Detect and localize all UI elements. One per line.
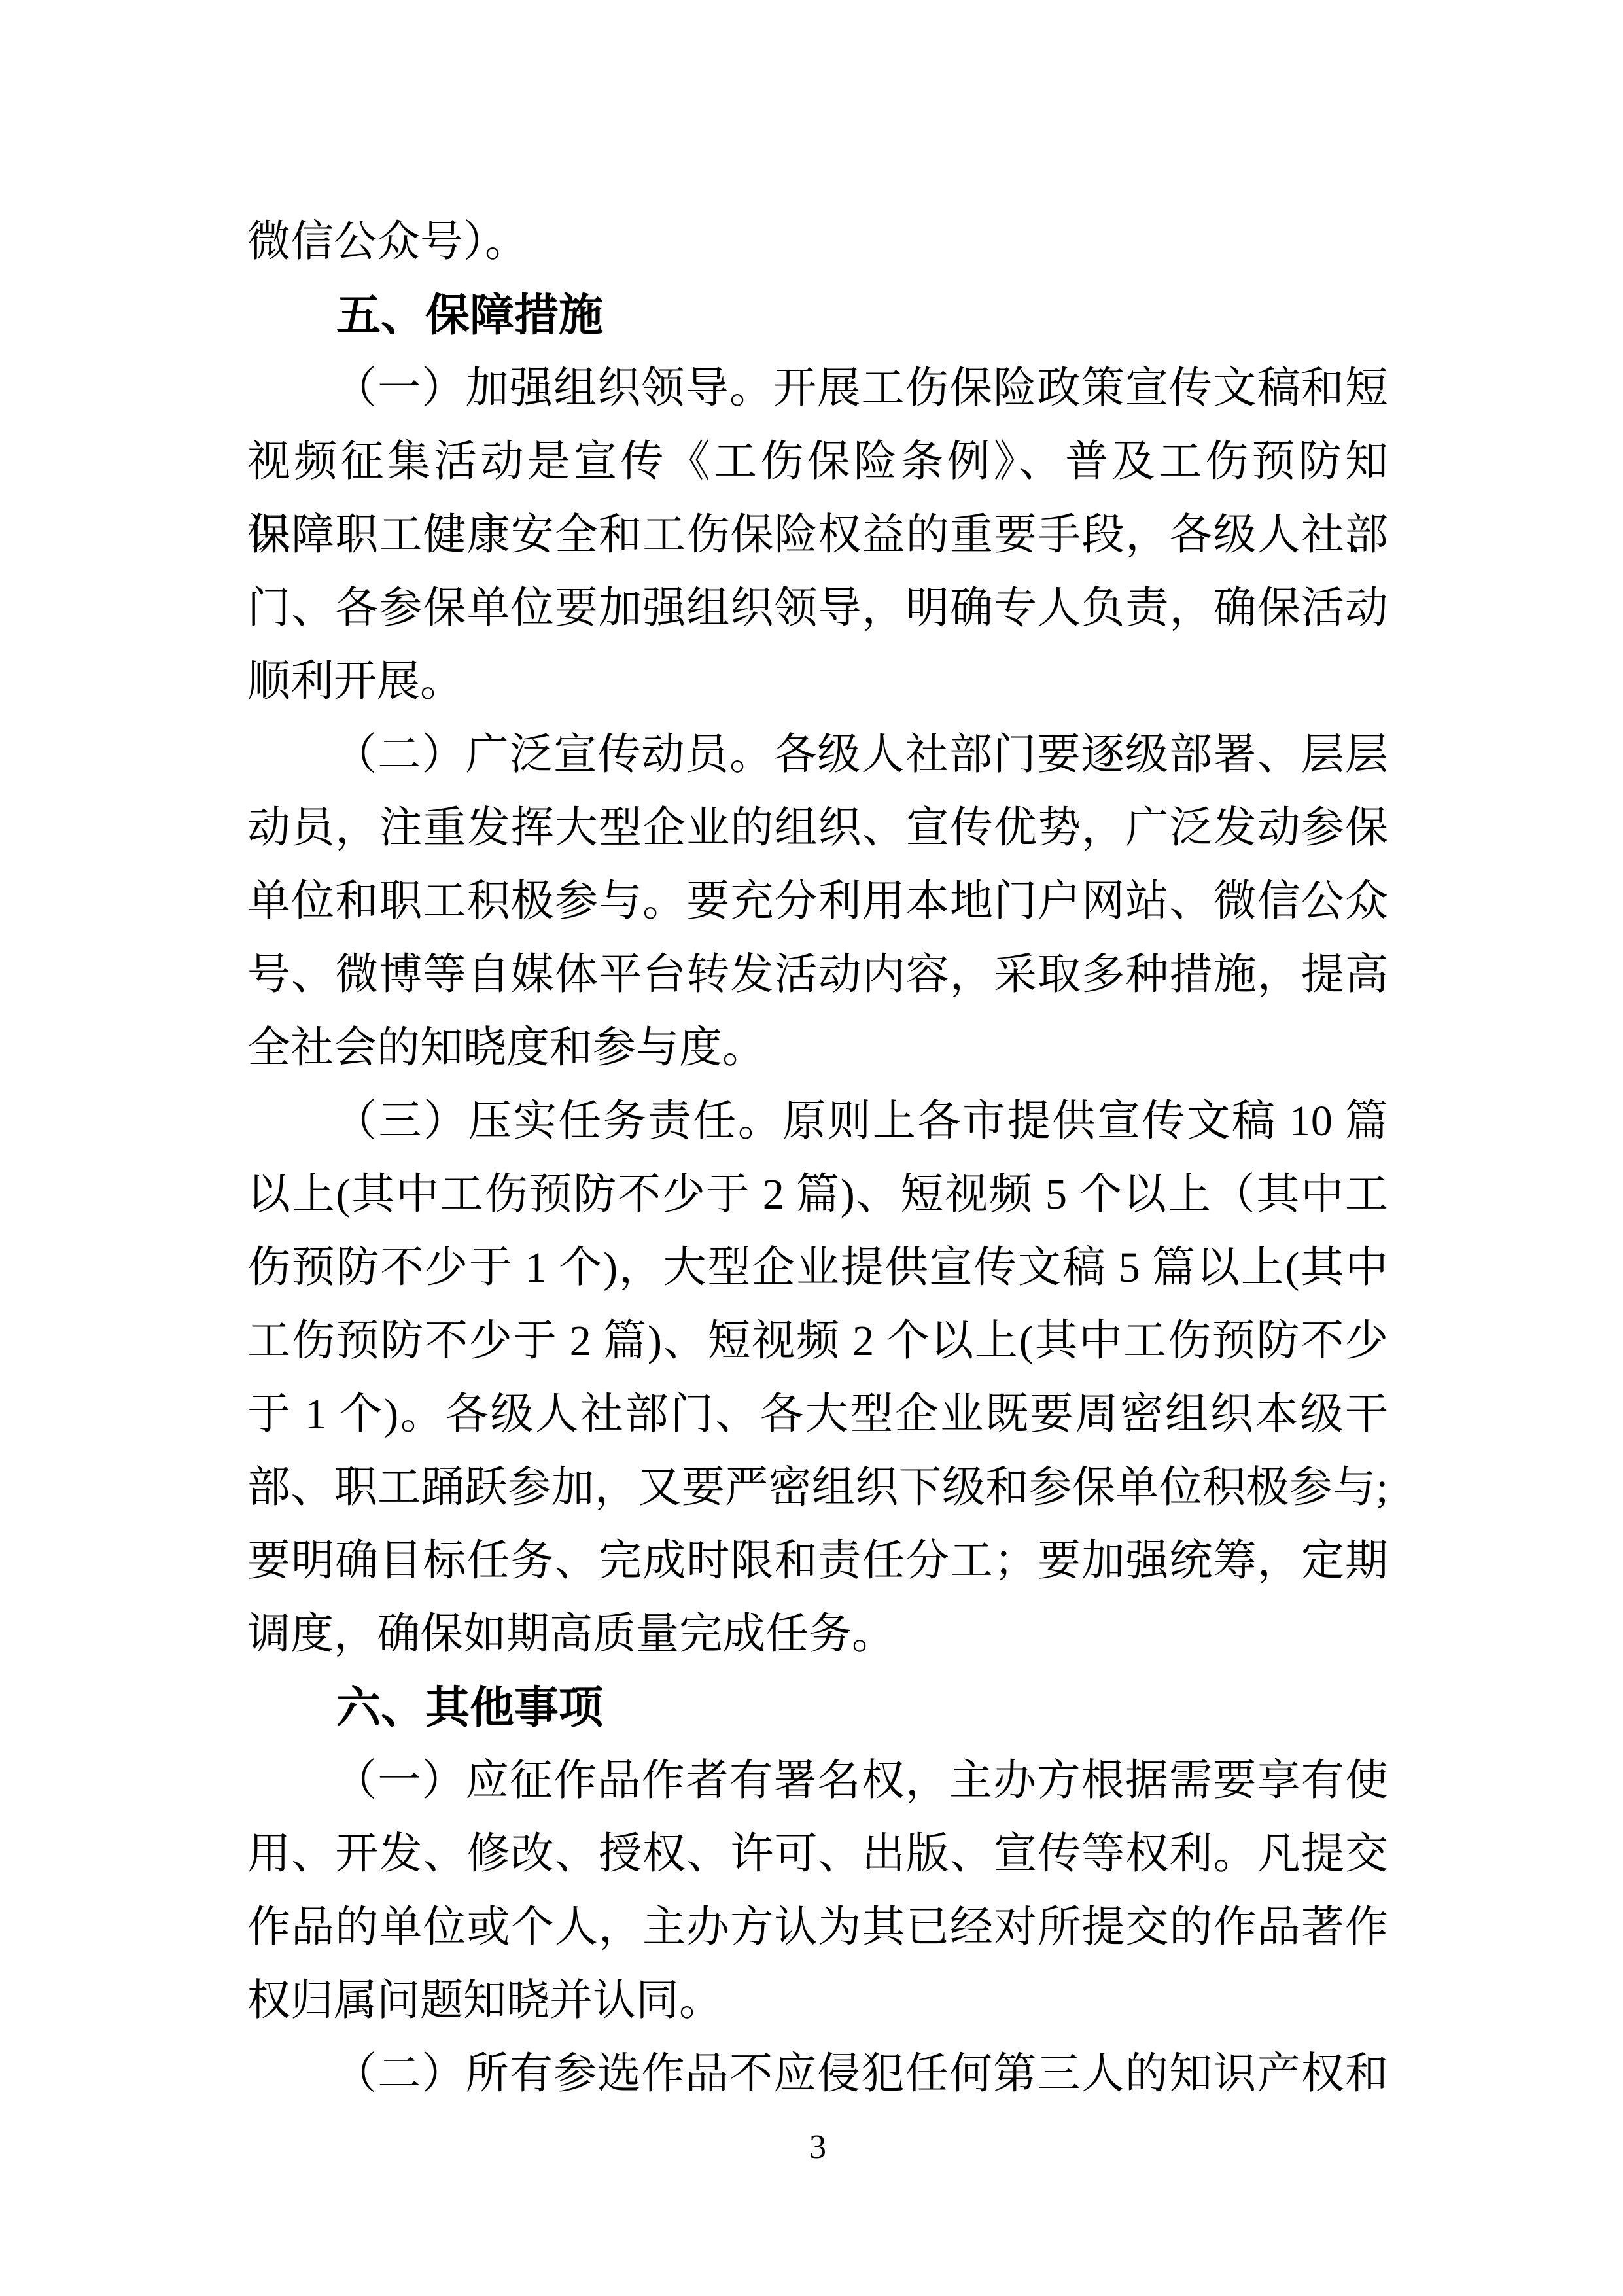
document-page: 微信公众号）。 五、保障措施 （一）加强组织领导。开展工伤保险政策宣传文稿和短 … <box>0 0 1623 2296</box>
text-line: 顺利开展。 <box>247 645 1388 718</box>
section-heading: 六、其他事项 <box>247 1671 1388 1744</box>
section-heading: 五、保障措施 <box>247 279 1388 352</box>
text-line: 全社会的知晓度和参与度。 <box>247 1012 1388 1085</box>
text-line: 调度，确保如期高质量完成任务。 <box>247 1598 1388 1671</box>
text-line: 微信公众号）。 <box>247 205 1388 279</box>
text-line: （三）压实任务责任。原则上各市提供宣传文稿 10 篇 <box>247 1085 1388 1158</box>
text-line: 动员，注重发挥大型企业的组织、宣传优势，广泛发动参保 <box>247 792 1388 865</box>
text-line: 权归属问题知晓并认同。 <box>247 1964 1388 2038</box>
text-line: 作品的单位或个人，主办方认为其已经对所提交的作品著作 <box>247 1891 1388 1964</box>
text-line: 号、微博等自媒体平台转发活动内容，采取多种措施，提高 <box>247 938 1388 1012</box>
text-line: 门、各参保单位要加强组织领导，明确专人负责，确保活动 <box>247 572 1388 645</box>
text-line: （一）应征作品作者有署名权，主办方根据需要享有使 <box>247 1744 1388 1818</box>
paragraph-lead: （一）加强组织领导。 <box>334 364 773 412</box>
paragraph-text: 各级人社部门要逐级部署、层层 <box>773 731 1388 779</box>
text-line: 伤预防不少于 1 个)，大型企业提供宣传文稿 5 篇以上(其中 <box>247 1231 1388 1305</box>
paragraph-lead: （三）压实任务责任。 <box>334 1097 783 1145</box>
text-line: 保障职工健康安全和工伤保险权益的重要手段，各级人社部 <box>247 499 1388 572</box>
text-line: 要明确目标任务、完成时限和责任分工；要加强统筹，定期 <box>247 1525 1388 1598</box>
paragraph-text: 原则上各市提供宣传文稿 10 篇 <box>783 1097 1388 1145</box>
text-line: 以上(其中工伤预防不少于 2 篇)、短视频 5 个以上（其中工 <box>247 1158 1388 1231</box>
text-line: 单位和职工积极参与。要充分利用本地门户网站、微信公众 <box>247 865 1388 938</box>
text-line: （二）所有参选作品不应侵犯任何第三人的知识产权和 <box>247 2038 1388 2111</box>
page-number: 3 <box>247 2121 1388 2174</box>
text-line: （二）广泛宣传动员。各级人社部门要逐级部署、层层 <box>247 718 1388 792</box>
paragraph-lead: （二）广泛宣传动员。 <box>334 731 773 779</box>
text-line: （一）加强组织领导。开展工伤保险政策宣传文稿和短 <box>247 352 1388 425</box>
text-line: 用、开发、修改、授权、许可、出版、宣传等权利。凡提交 <box>247 1818 1388 1891</box>
text-line: 于 1 个)。各级人社部门、各大型企业既要周密组织本级干 <box>247 1378 1388 1451</box>
paragraph-text: 开展工伤保险政策宣传文稿和短 <box>773 364 1388 412</box>
text-line: 工伤预防不少于 2 篇)、短视频 2 个以上(其中工伤预防不少 <box>247 1305 1388 1378</box>
page-content: 微信公众号）。 五、保障措施 （一）加强组织领导。开展工伤保险政策宣传文稿和短 … <box>247 205 1388 2111</box>
text-line: 视频征集活动是宣传《工伤保险条例》、普及工伤预防知识、 <box>247 425 1388 499</box>
text-line: 部、职工踊跃参加，又要严密组织下级和参保单位积极参与; <box>247 1451 1388 1525</box>
